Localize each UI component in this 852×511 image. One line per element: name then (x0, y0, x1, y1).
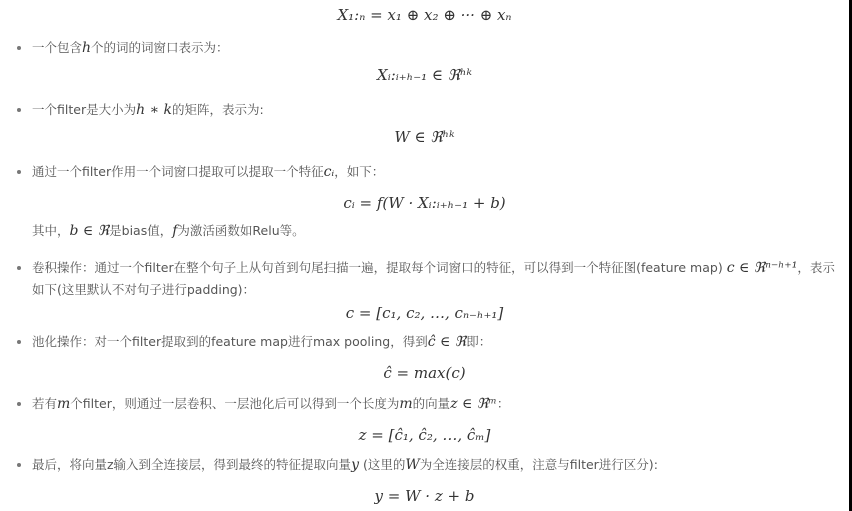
inline-math: h ∗ k (136, 102, 172, 118)
bullet-text: 池化操作：对一个filter提取到的feature map进行max pooli… (32, 334, 428, 349)
inline-math: m (57, 396, 70, 412)
inline-math: y (351, 457, 359, 473)
formula-concat: X₁:ₙ = x₁ ⊕ x₂ ⊕ ··· ⊕ xₙ (0, 5, 849, 25)
formula-filter: W ∈ ℜʰᵏ (0, 127, 849, 147)
bullet-icon (17, 46, 21, 50)
inline-math: m (399, 396, 412, 412)
bullet-text: 的向量 (413, 396, 451, 411)
bullet-text: ，表示 (797, 260, 835, 275)
bullet-text: 一个filter是大小为 (32, 102, 136, 117)
bullet-word-window: 一个包含h个的词的词窗口表示为： (17, 37, 817, 59)
bullet-feature-extraction: 通过一个filter作用一个词窗口提取可以提取一个特征cᵢ，如下： (17, 161, 817, 183)
formula-window: Xᵢ:ᵢ₊ₕ₋₁ ∈ ℜʰᵏ (0, 65, 849, 85)
note-bias-activation: 其中，b ∈ ℜ是bias值，f为激活函数如Relu等。 (32, 220, 305, 242)
inline-math: cᵢ (324, 164, 335, 180)
bullet-pooling: 池化操作：对一个filter提取到的feature map进行max pooli… (17, 331, 817, 353)
bullet-text: 即： (466, 334, 491, 349)
note-text: 为激活函数如Relu等。 (177, 223, 304, 238)
bullet-icon (17, 266, 21, 270)
bullet-text: 卷积操作：通过一个filter在整个句子上从句首到句尾扫描一遍，提取每个词窗口的… (32, 260, 727, 275)
inline-math: b ∈ ℜ (70, 223, 110, 239)
formula-pooling: ĉ = max(c) (0, 363, 849, 383)
bullet-text: 的矩阵，表示为: (172, 102, 264, 117)
note-text: 是bias值， (109, 223, 172, 238)
bullet-text: 个的词的词窗口表示为： (91, 40, 229, 55)
bullet-convolution-continued: 如下(这里默认不对句子进行padding)： (32, 279, 255, 301)
bullet-text: ： (497, 396, 510, 411)
bullet-text: (这里的 (359, 457, 405, 472)
inline-math: W (405, 457, 419, 473)
inline-math: c ∈ ℜⁿ⁻ʰ⁺¹ (727, 260, 798, 276)
inline-math: z ∈ ℜᵐ (450, 396, 497, 412)
formula-vector: z = [ĉ₁, ĉ₂, …, ĉₘ] (0, 425, 849, 445)
bullet-icon (17, 170, 21, 174)
bullet-text: 若有 (32, 396, 57, 411)
bullet-text: 个filter，则通过一层卷积、一层池化后可以得到一个长度为 (70, 396, 399, 411)
bullet-icon (17, 402, 21, 406)
bullet-fully-connected: 最后，将向量z输入到全连接层，得到最终的特征提取向量y (这里的W为全连接层的权… (17, 454, 817, 476)
bullet-filter-size: 一个filter是大小为h ∗ k的矩阵，表示为: (17, 99, 817, 121)
bullet-icon (17, 463, 21, 467)
formula-feature: cᵢ = f(W · Xᵢ:ᵢ₊ₕ₋₁ + b) (0, 193, 849, 213)
formula-output: y = W · z + b (0, 486, 849, 506)
bullet-icon (17, 340, 21, 344)
document-page: X₁:ₙ = x₁ ⊕ x₂ ⊕ ··· ⊕ xₙ 一个包含h个的词的词窗口表示… (0, 0, 849, 511)
bullet-text: 通过一个filter作用一个词窗口提取可以提取一个特征 (32, 164, 324, 179)
bullet-text: 一个包含 (32, 40, 82, 55)
bullet-convolution: 卷积操作：通过一个filter在整个句子上从句首到句尾扫描一遍，提取每个词窗口的… (17, 257, 847, 279)
bullet-text: 最后，将向量z输入到全连接层，得到最终的特征提取向量 (32, 457, 351, 472)
note-text: 其中， (32, 223, 70, 238)
formula-feature-map: c = [c₁, c₂, …, cₙ₋ₕ₊₁] (0, 303, 849, 323)
bullet-multiple-filters: 若有m个filter，则通过一层卷积、一层池化后可以得到一个长度为m的向量z ∈… (17, 393, 817, 415)
bullet-text: ，如下： (334, 164, 384, 179)
inline-math: ĉ ∈ ℜ (428, 334, 467, 350)
inline-math: h (82, 40, 91, 56)
bullet-icon (17, 108, 21, 112)
bullet-text: 为全连接层的权重，注意与filter进行区分): (420, 457, 658, 472)
